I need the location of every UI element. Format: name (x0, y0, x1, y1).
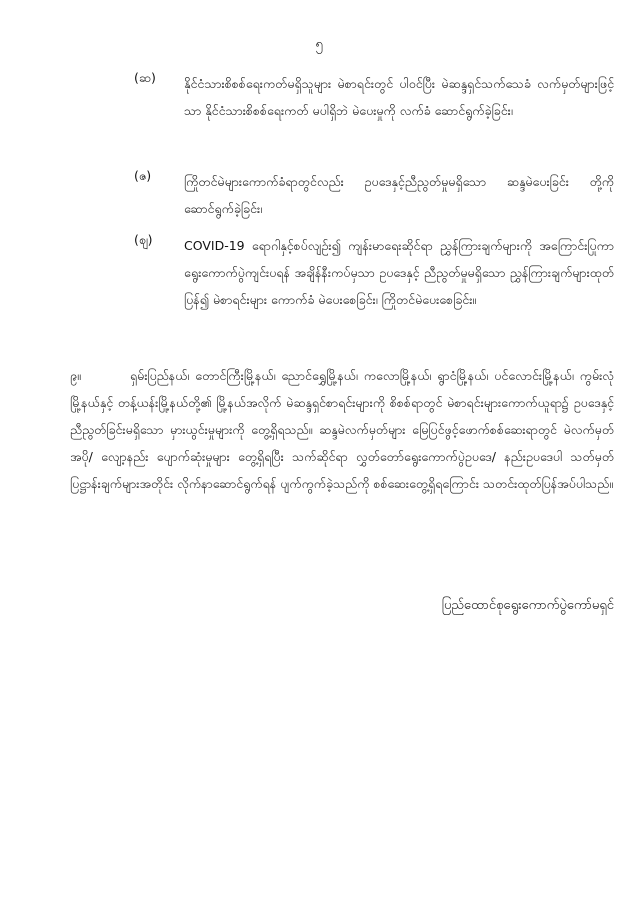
sub-item-zya: (ဈ) COVID-19 ရောဂါနှင့်စပ်လျဉ်း၍ ကျန်းမာ… (134, 232, 614, 313)
paragraph-text: ရှမ်းပြည်နယ်၊ တောင်ကြီးမြို့နယ်၊ ညောင်ရွ… (70, 368, 614, 491)
sub-item-za: (ဇ) ကြိုတင်မဲများကောက်ခံရာတွင်လည်း ဥပဒေန… (134, 168, 614, 222)
page-number: ၅ (0, 36, 638, 55)
paragraph-9: ၉။ရှမ်းပြည်နယ်၊ တောင်ကြီးမြို့နယ်၊ ညောင်… (70, 362, 614, 497)
sub-item-sa: (ဆ) နိုင်ငံသားစိစစ်ရေးကတ်မရှိသူများ မဲစာ… (134, 70, 614, 124)
signature-union-election-commission: ပြည်ထောင်စုရွေးကောက်ပွဲကော်မရှင် (442, 597, 614, 616)
sub-item-text: ကြိုတင်မဲများကောက်ခံရာတွင်လည်း ဥပဒေနှင့်… (184, 168, 614, 222)
sub-item-marker: (ဈ) (134, 232, 184, 251)
sub-item-text: နိုင်ငံသားစိစစ်ရေးကတ်မရှိသူများ မဲစာရင်း… (184, 70, 614, 124)
paragraph-marker: ၉။ (70, 362, 130, 389)
sub-item-marker: (ဆ) (134, 70, 184, 89)
sub-item-marker: (ဇ) (134, 168, 184, 187)
sub-item-text: COVID-19 ရောဂါနှင့်စပ်လျဉ်း၍ ကျန်းမာရေးဆ… (184, 232, 614, 313)
